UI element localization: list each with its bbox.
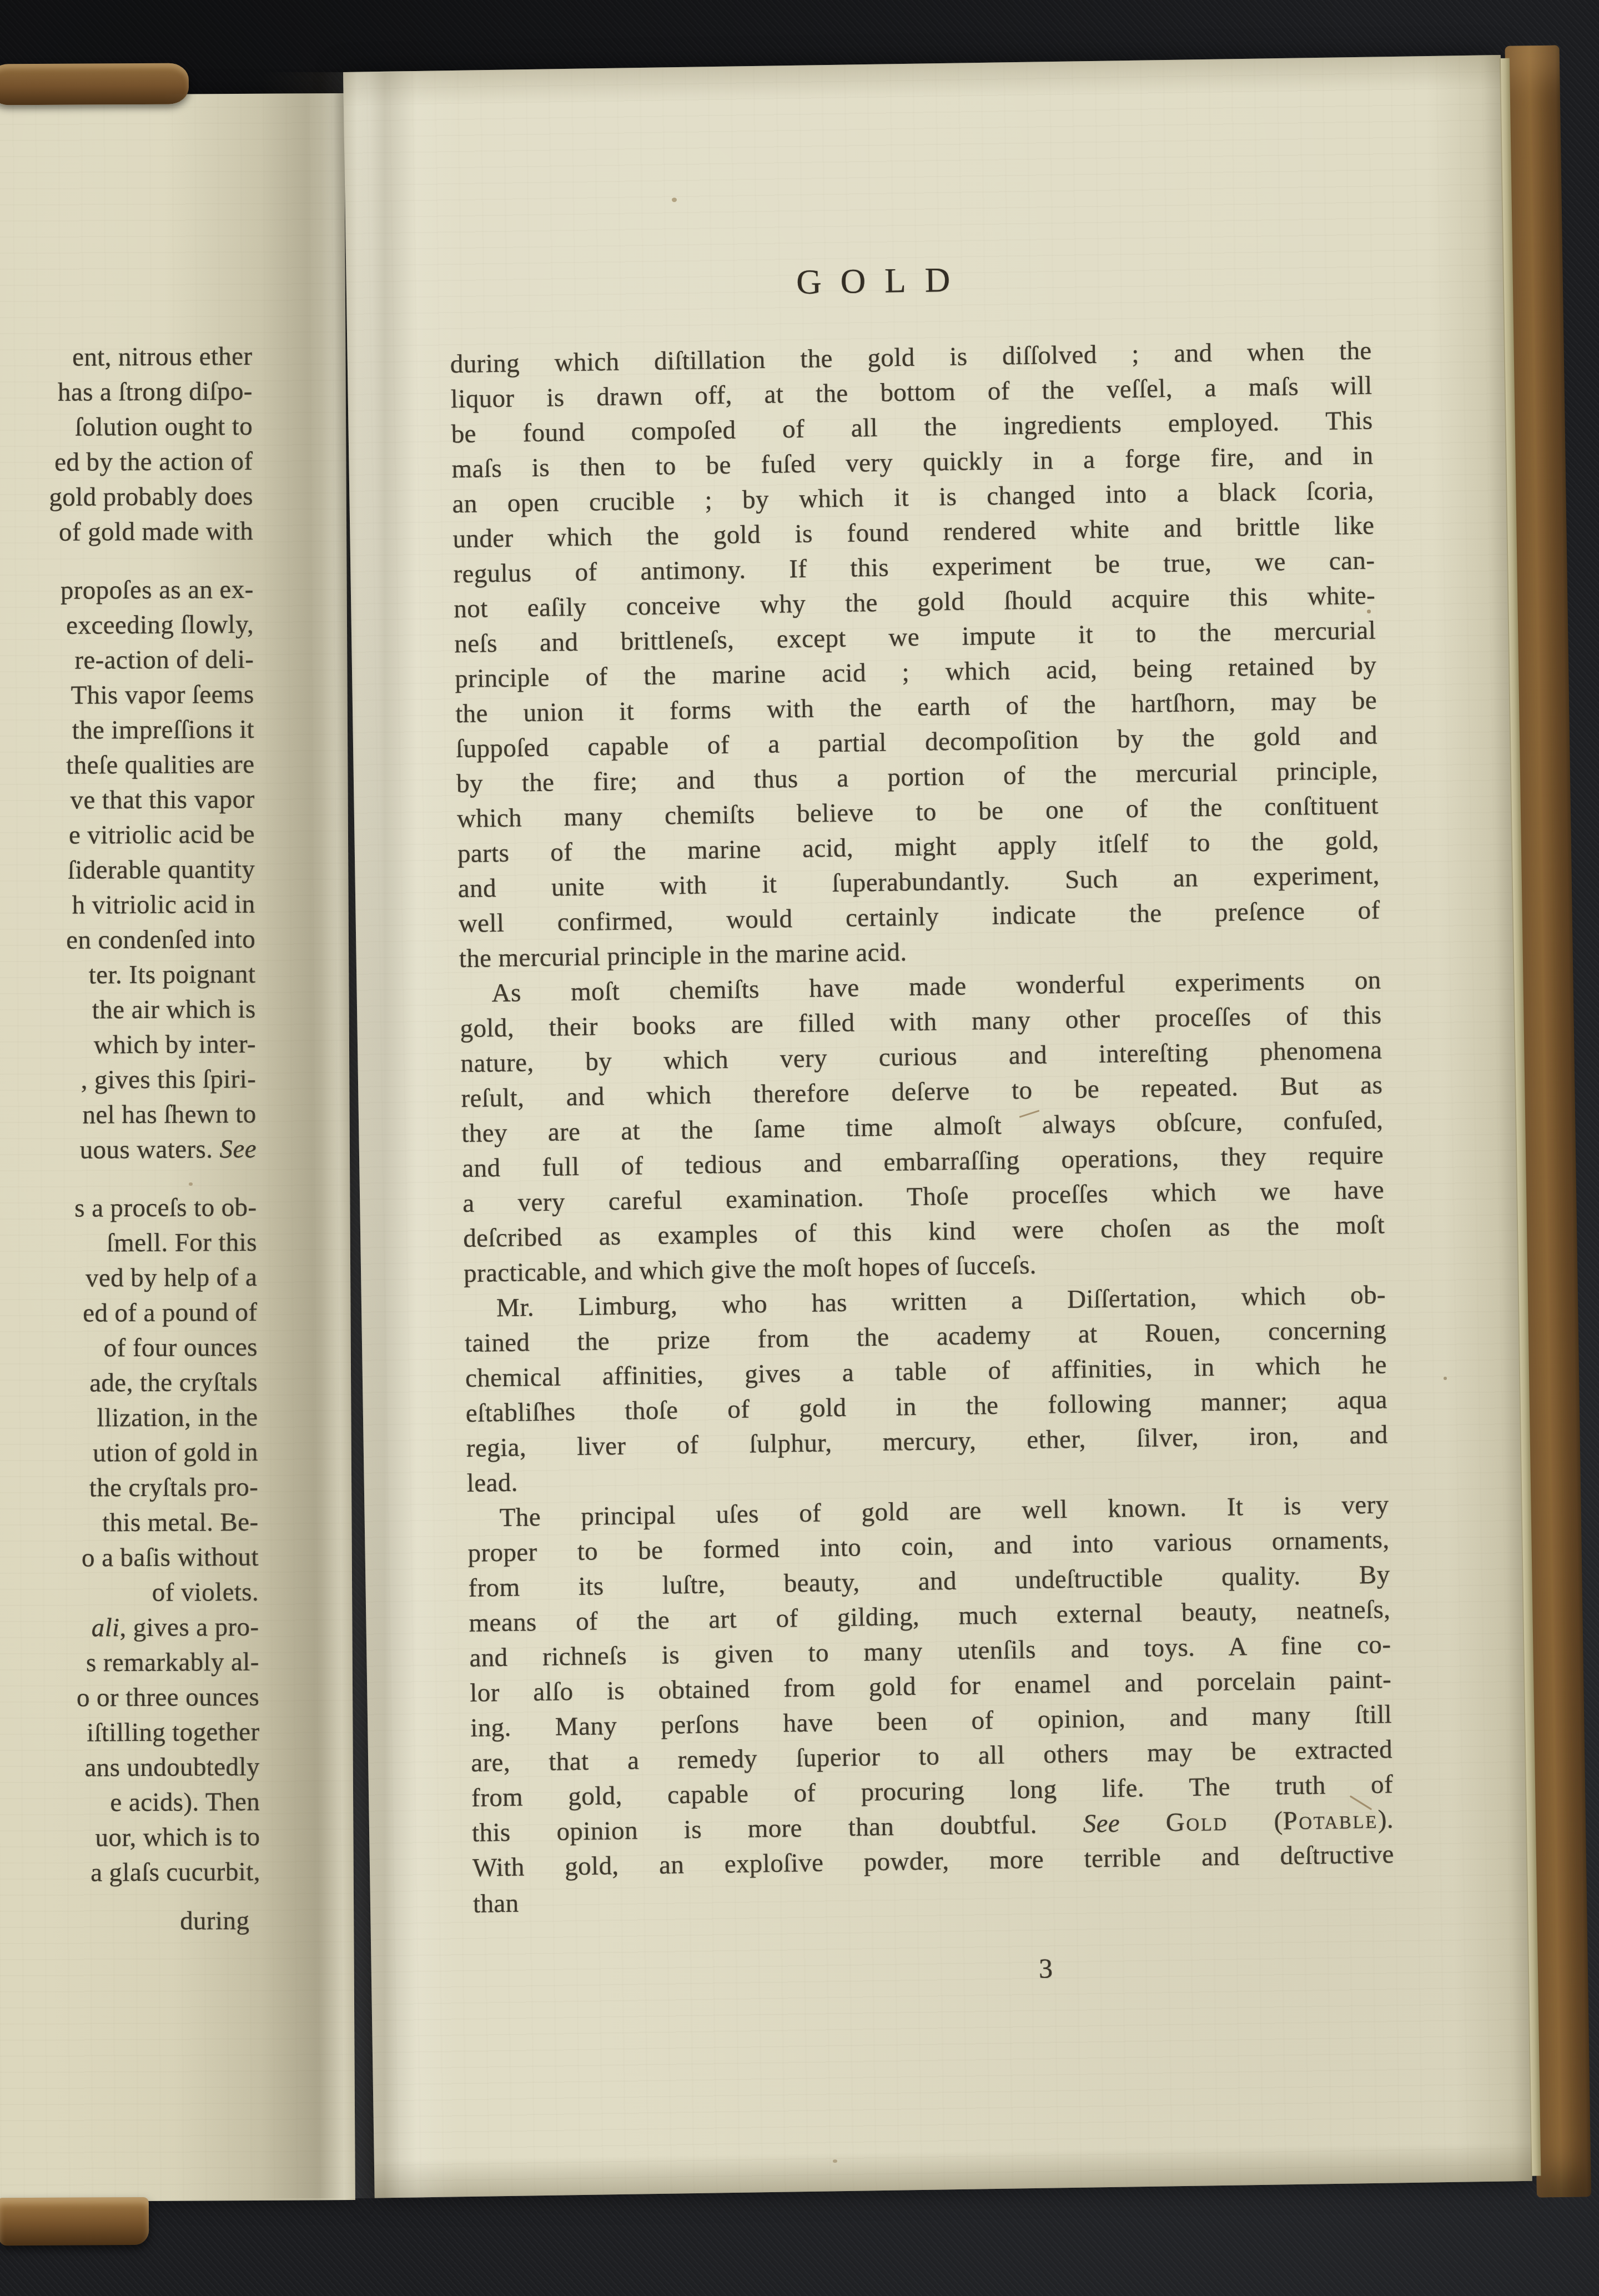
text-line: exceeding ſlowly,	[0, 607, 254, 644]
text-line: s a proceſs to ob-	[0, 1190, 257, 1227]
paragraph: Mr. Limburg, who has written a Diſſertat…	[464, 1277, 1389, 1501]
text-line: o a baſis without	[0, 1540, 259, 1577]
text-line: , gives this ſpiri-	[0, 1062, 256, 1099]
left-page: ent, nitrous etherhas a ſtrong diſpo-ſol…	[0, 93, 355, 2202]
text-line: llization, in the	[0, 1400, 258, 1437]
text-line: ſiderable quantity	[0, 852, 255, 889]
text-line: uous waters. See	[0, 1132, 257, 1169]
leather-cover-edge-bottom-left	[0, 2197, 149, 2245]
paragraph: The principal uſes of gold are well know…	[467, 1487, 1394, 1886]
text-line: e vitriolic acid be	[0, 817, 255, 854]
text-line: gold probably does	[0, 479, 253, 516]
text-line: This vapor ſeems	[0, 677, 254, 714]
text-line: o or three ounces	[0, 1680, 259, 1716]
text-line: which by inter-	[0, 1027, 256, 1064]
text-line: a glaſs cucurbit,	[0, 1855, 260, 1891]
paragraph: As moſt chemiſts have made wonderful exp…	[459, 963, 1385, 1291]
right-page-body: during which diſtillation the gold is di…	[450, 334, 1394, 1886]
text-line: this metal. Be-	[0, 1505, 259, 1542]
text-line: propoſes as an ex-	[0, 572, 254, 609]
text-line: ans undoubtedly	[0, 1750, 260, 1786]
text-line: uor, which is to	[0, 1820, 260, 1856]
text-line: ſmell. For this	[0, 1225, 257, 1262]
left-page-body: ent, nitrous etherhas a ſtrong diſpo-ſol…	[0, 339, 260, 1915]
text-line: h vitriolic acid in	[0, 887, 255, 924]
text-line: e acids). Then	[0, 1785, 260, 1821]
book-scan-photo: ent, nitrous etherhas a ſtrong diſpo-ſol…	[0, 0, 1599, 2296]
text-line: ter. Its poignant	[0, 957, 255, 994]
text-line: the air which is	[0, 992, 256, 1029]
text-line: of four ounces	[0, 1330, 258, 1367]
text-line: has a ſtrong diſpo-	[0, 374, 253, 411]
text-line: ſolution ought to	[0, 409, 253, 446]
text-line: ved by help of a	[0, 1260, 257, 1297]
text-line: ed by the action of	[0, 444, 253, 481]
text-group: propoſes as an ex-exceeding ſlowly,re-ac…	[0, 572, 257, 1169]
text-line: ali, gives a pro-	[0, 1610, 259, 1647]
text-line: en condenſed into	[0, 922, 255, 959]
text-line: nel has ſhewn to	[0, 1097, 257, 1134]
left-page-catchword-row: during	[0, 1904, 260, 1940]
text-group: ent, nitrous etherhas a ſtrong diſpo-ſol…	[0, 339, 253, 551]
text-line: theſe qualities are	[0, 747, 254, 784]
text-line: ution of gold in	[0, 1435, 258, 1472]
right-page: GOLD during which diſtillation the gold …	[343, 55, 1532, 2198]
text-line: ed of a pound of	[0, 1295, 258, 1332]
paragraph: during which diſtillation the gold is di…	[450, 334, 1381, 977]
text-line: the cryſtals pro-	[0, 1470, 258, 1507]
text-line: the impreſſions it	[0, 712, 254, 749]
running-head-title: GOLD	[796, 260, 969, 301]
text-line: of violets.	[0, 1575, 259, 1612]
text-line: s remarkably al-	[0, 1645, 259, 1681]
text-line: ent, nitrous ether	[0, 339, 253, 376]
text-group: s a proceſs to ob-ſmell. For thisved by …	[0, 1190, 260, 1891]
text-line: iſtilling together	[0, 1715, 260, 1751]
text-line: ve that this vapor	[0, 782, 255, 819]
text-line: re-action of deli-	[0, 642, 254, 679]
catchword: during	[0, 1904, 260, 1940]
text-line: of gold made with	[0, 514, 253, 551]
right-page-column: GOLD during which diſtillation the gold …	[449, 251, 1396, 1995]
text-line: ade, the cryſtals	[0, 1365, 258, 1402]
